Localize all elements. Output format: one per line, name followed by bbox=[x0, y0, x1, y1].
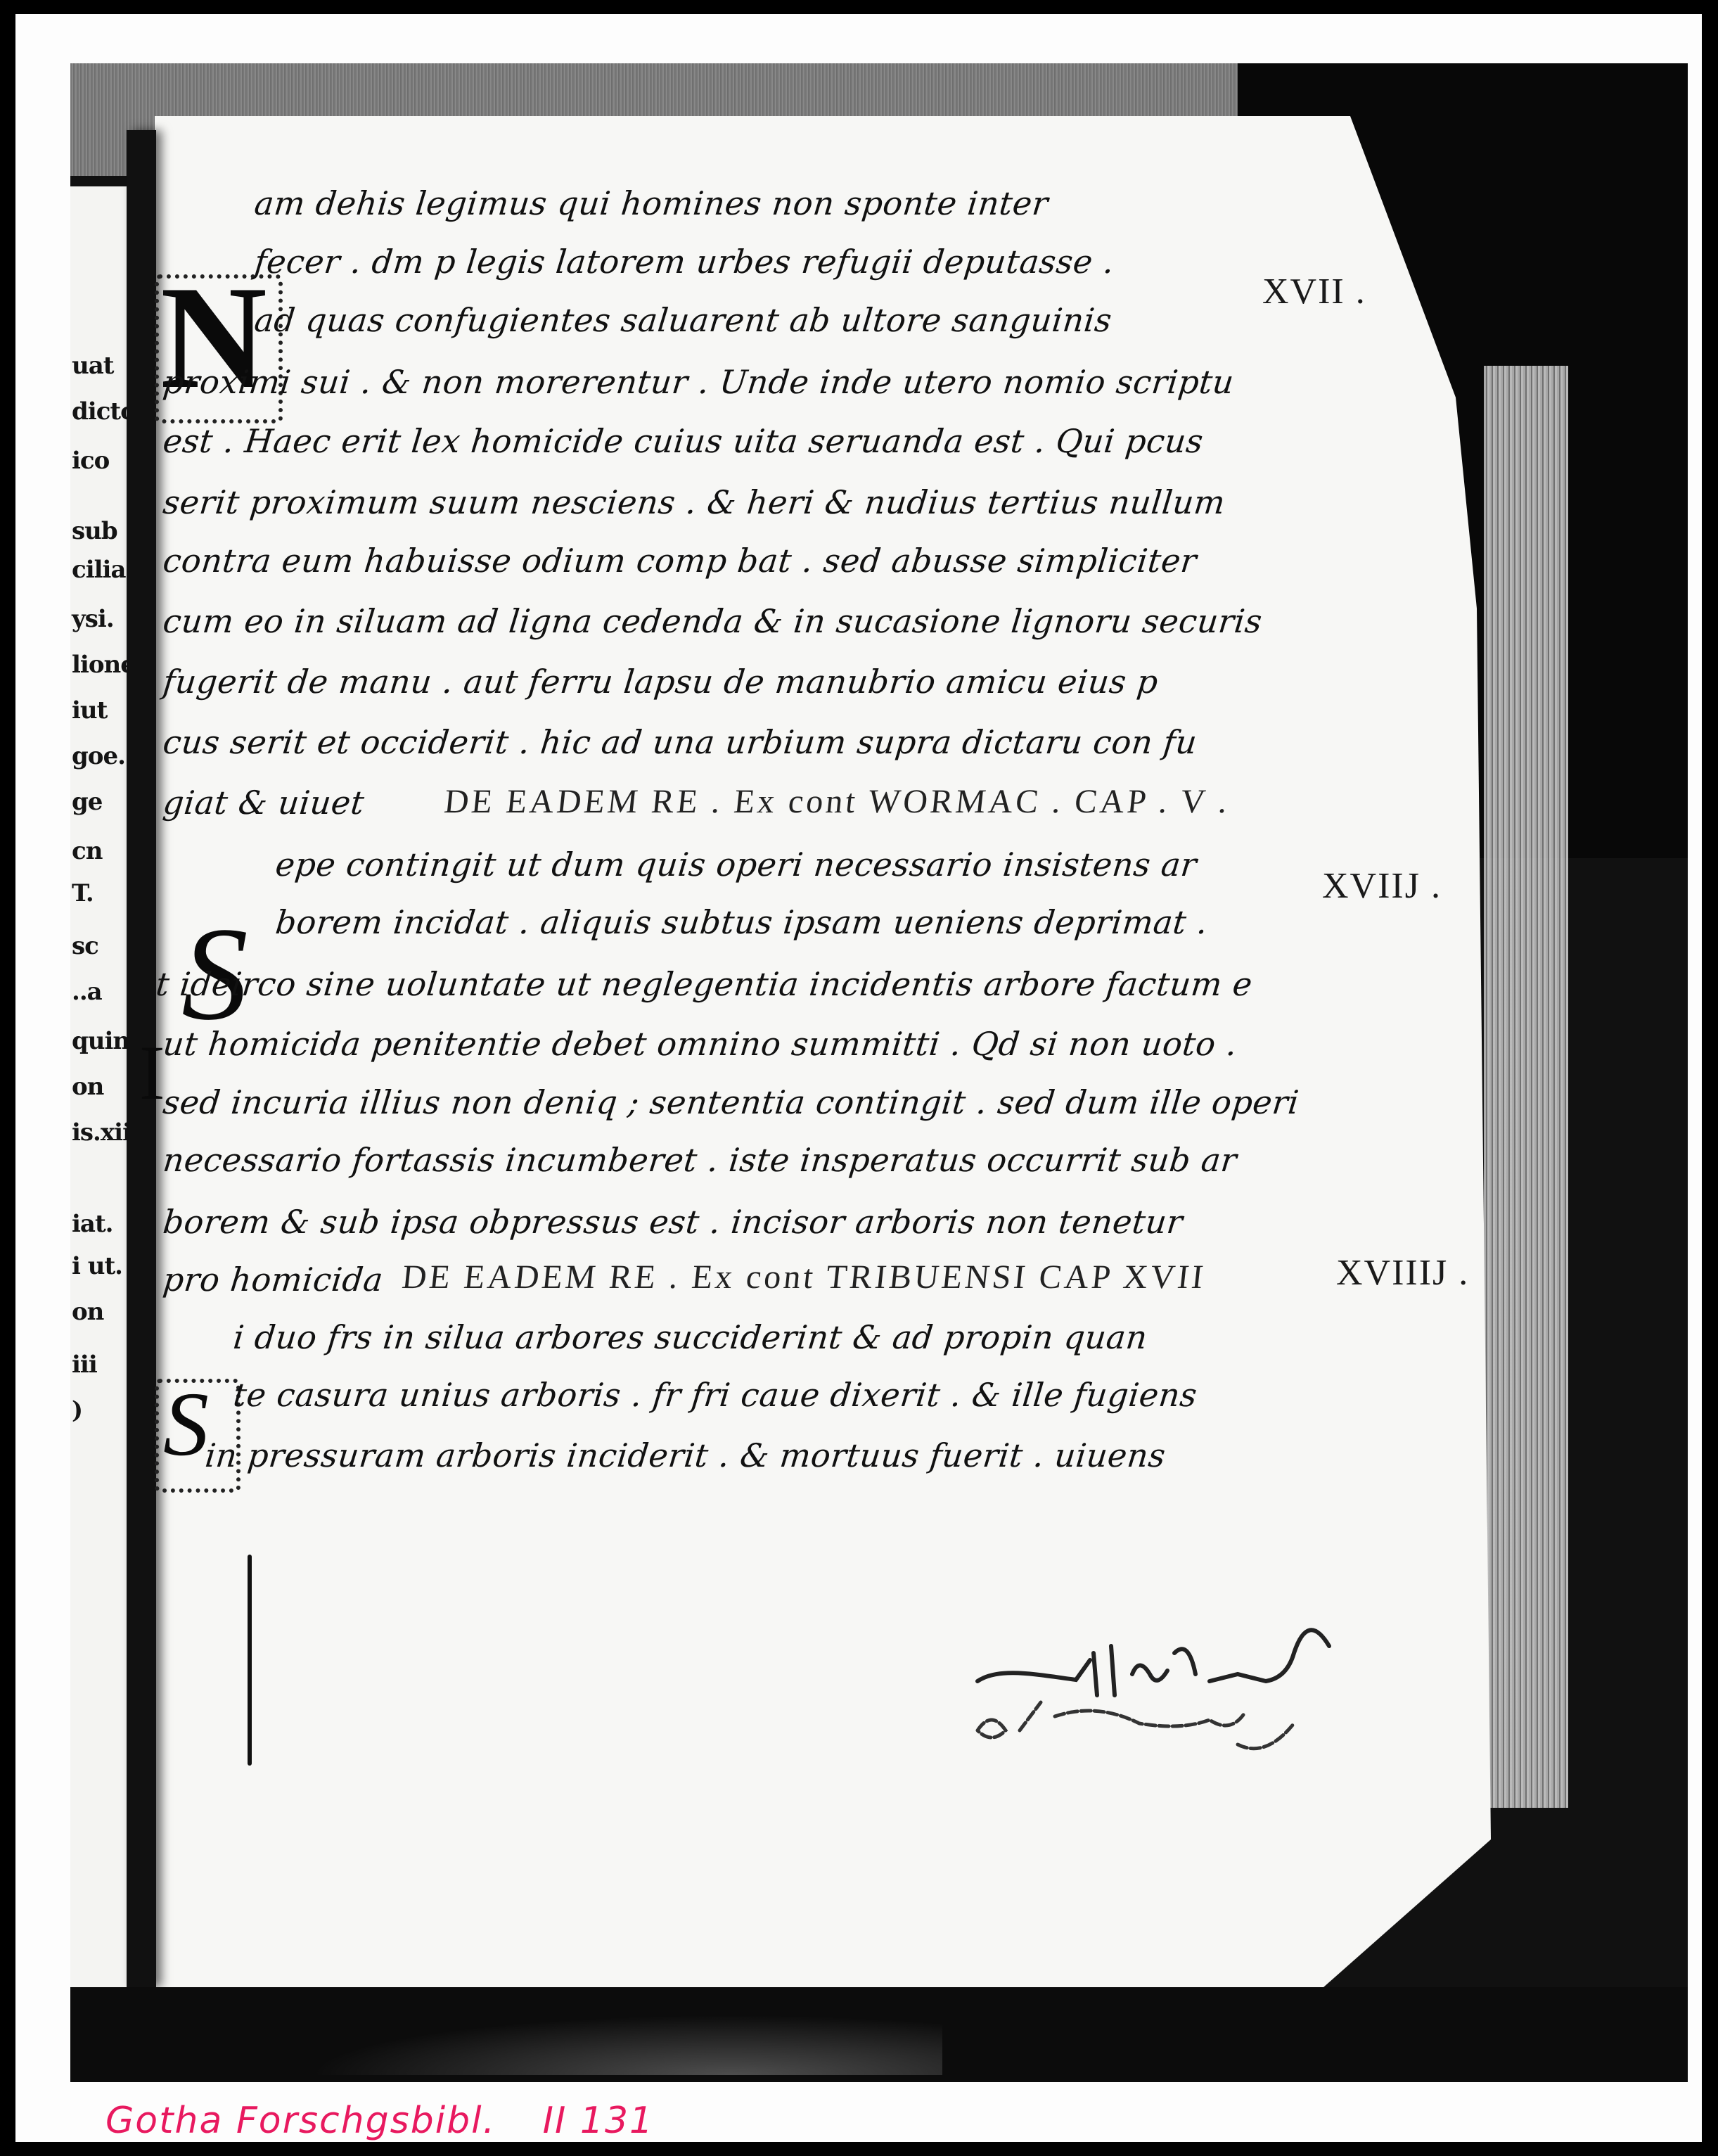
fragment: ) bbox=[72, 1396, 82, 1424]
chapter-number: XVIIJ . bbox=[1322, 865, 1442, 907]
ms-line: in pressuram arboris inciderit . & mortu… bbox=[203, 1436, 1167, 1474]
long-descender-stroke bbox=[248, 1555, 252, 1766]
ms-line: ut homicida penitentie debet omnino summ… bbox=[161, 1025, 1239, 1063]
ms-line: epe contingit ut dum quis operi necessar… bbox=[274, 846, 1198, 884]
ms-line: fecer . dm p legis latorem urbes refugii… bbox=[252, 243, 1116, 281]
fragment: goe. bbox=[72, 742, 125, 770]
bottom-reflection bbox=[239, 2005, 942, 2075]
fragment: uat bbox=[72, 352, 113, 380]
ms-line: borem incidat . aliquis subtus ipsam uen… bbox=[274, 903, 1210, 941]
fragment: on bbox=[72, 1298, 103, 1326]
fragment: ysi. bbox=[72, 605, 114, 633]
ms-line: sed incuria illius non deniq ; sententia… bbox=[161, 1083, 1301, 1121]
ms-line: giat & uiuet bbox=[161, 784, 366, 822]
ms-line: contra eum habuisse odium comp bat . sed… bbox=[161, 542, 1198, 580]
fragment: quin bbox=[72, 1027, 129, 1055]
decorated-initial-i: I bbox=[139, 1034, 165, 1111]
archive-caption: Gotha Forschgsbibl. II 131 bbox=[105, 2100, 654, 2142]
fragment: iii bbox=[72, 1351, 97, 1379]
ms-line: pro homicida bbox=[161, 1261, 385, 1299]
fragment: T. bbox=[72, 879, 94, 907]
decorated-initial-s2: S bbox=[163, 1379, 209, 1470]
ms-line: am dehis legimus qui homines non sponte … bbox=[252, 184, 1050, 222]
library-name: Gotha Forschgsbibl. bbox=[105, 2100, 496, 2142]
fragment: iat. bbox=[72, 1210, 113, 1238]
ms-line: ad quas confugientes saluarent ab ultore… bbox=[252, 301, 1114, 339]
fragment: i ut. bbox=[72, 1252, 122, 1280]
fragment: ..a bbox=[72, 978, 102, 1006]
fragment: cilia bbox=[72, 556, 125, 584]
fragment: cn bbox=[72, 837, 102, 865]
page-stack-edges bbox=[1484, 366, 1568, 1808]
ms-line: i duo frs in silua arbores succiderint &… bbox=[231, 1318, 1149, 1356]
ms-line: borem & sub ipsa obpressus est . incisor… bbox=[161, 1203, 1184, 1241]
fragment: ge bbox=[72, 788, 102, 816]
fragment: on bbox=[72, 1073, 103, 1101]
ms-line: cum eo in siluam ad ligna cedenda & in s… bbox=[161, 602, 1264, 640]
manuscript-photograph: uat dicto ico sub cilia ysi. lione iut g… bbox=[70, 63, 1688, 2082]
ms-line: fugerit de manu . aut ferru lapsu de man… bbox=[161, 663, 1160, 701]
fragment: sc bbox=[72, 932, 98, 960]
ms-line: est . Haec erit lex homicide cuius uita … bbox=[161, 422, 1205, 460]
fragment: ico bbox=[72, 447, 109, 475]
pen-trial-scribble-icon bbox=[970, 1625, 1336, 1759]
shelfmark: II 131 bbox=[543, 2100, 654, 2142]
chapter-number: XVIIIJ . bbox=[1336, 1252, 1469, 1294]
chapter-number: XVII . bbox=[1262, 271, 1366, 312]
rubric-heading: DE EADEM RE . Ex cont WORMAC . CAP . V . bbox=[442, 782, 1232, 821]
ms-line: t ideirco sine uoluntate ut neglegentia … bbox=[154, 965, 1254, 1003]
fragment: iut bbox=[72, 696, 107, 725]
fragment: lione bbox=[72, 651, 135, 679]
ms-line: serit proximum suum nesciens . & heri & … bbox=[161, 483, 1227, 521]
ms-line: te casura unius arboris . fr fri caue di… bbox=[231, 1376, 1199, 1414]
ms-line: cus serit et occiderit . hic ad una urbi… bbox=[161, 723, 1199, 761]
rubric-heading: DE EADEM RE . Ex cont TRIBUENSI CAP XVII bbox=[400, 1258, 1207, 1296]
ms-line: proximi sui . & non morerentur . Unde in… bbox=[161, 363, 1236, 401]
fragment: sub bbox=[72, 517, 117, 545]
ms-line: necessario fortassis incumberet . iste i… bbox=[161, 1141, 1238, 1179]
